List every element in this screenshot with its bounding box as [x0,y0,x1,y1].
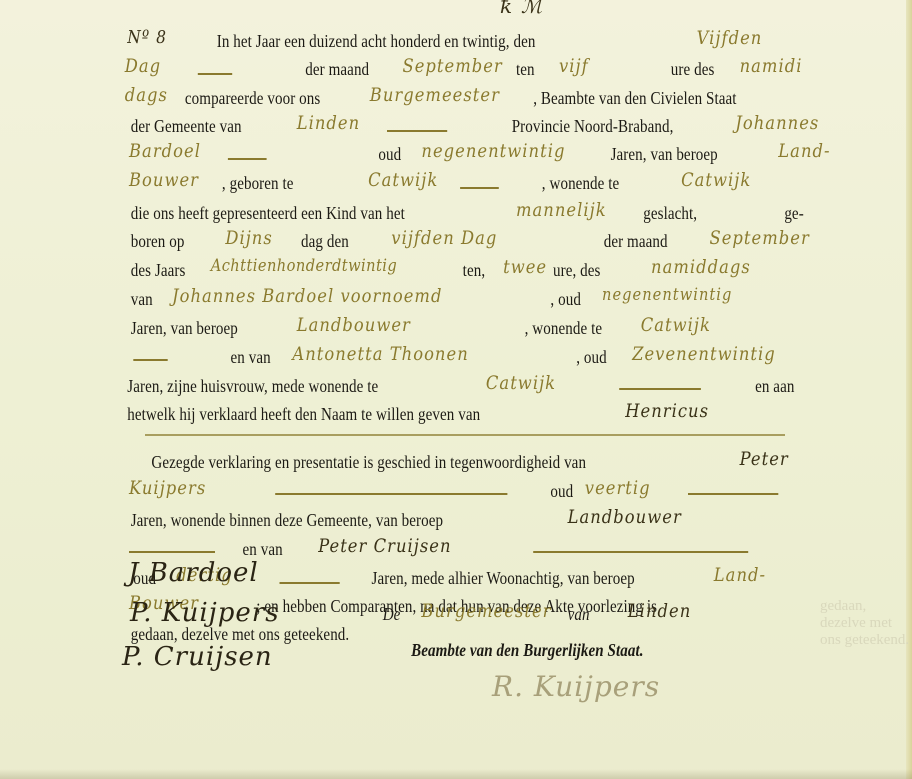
fill-dash [619,388,701,390]
printed-text: Jaren, zijne huisvrouw, mede wonende te [127,376,378,397]
handwritten-month: September [402,55,502,77]
fill-dash [129,551,215,553]
printed-text: Jaren, wonende binnen deze Gemeente, van… [131,510,443,531]
fill-dash [387,130,447,132]
printed-text: dag den [301,231,349,252]
record-line-4: der Gemeente van Linden Provincie Noord-… [0,112,912,142]
handwritten-residence: Catwijk [641,314,711,336]
printed-text: ten [516,59,535,80]
handwritten-father-firstname: Johannes [735,112,819,134]
record-line-6: Bouwer , geboren te Catwijk , wonende te… [0,169,912,199]
printed-text: De [383,604,401,625]
record-line-15: Gezegde verklaring en presentatie is ges… [0,448,912,478]
fill-dash [280,582,340,584]
official-title: Beambte van den Burgerlijken Staat. [411,640,644,661]
fill-dash [688,493,778,495]
handwritten-father-surname: Bardoel [129,140,201,162]
handwritten-sex: mannelijk [516,199,607,221]
handwritten-text: Dag [125,55,161,77]
printed-text: die ons heeft gepresenteerd een Kind van… [131,203,405,224]
printed-text: , oud [550,289,581,310]
handwritten-hour: vijf [559,55,589,77]
record-line-1: Nº 8 In het Jaar een duizend acht honder… [0,27,912,57]
printed-text: en van [243,539,283,560]
handwritten-witness2-occupation: Land- [714,564,766,586]
handwritten-witness1-surname: Kuijpers [129,477,206,499]
handwritten-witness1-firstname: Peter [740,448,789,470]
printed-text: compareerde voor ons [185,88,320,109]
fill-dash [198,73,232,75]
printed-text: ten, [463,260,485,281]
record-line-10: van Johannes Bardoel voornoemd , oud neg… [0,285,912,315]
handwritten-witness1-age: veertig [585,477,651,499]
printed-text: Gezegde verklaring en presentatie is ges… [151,452,586,473]
handwritten-municipality: Linden [628,600,691,622]
printed-text: ure des [671,59,715,80]
fill-dash [145,434,785,436]
fill-dash [133,359,167,361]
handwritten-witness2-name: Peter Cruijsen [318,535,451,557]
printed-text: Jaren, mede alhier Woonachtig, van beroe… [372,568,635,589]
handwritten-title: Burgemeester [421,600,551,622]
printed-text: , oud [576,347,607,368]
printed-text: , geboren te [222,173,294,194]
handwritten-residence: Catwijk [486,372,556,394]
handwritten-birth-month: September [710,227,810,249]
handwritten-age: negenentwintig [421,140,565,162]
fill-dash [275,493,507,495]
printed-text: en van [230,347,270,368]
handwritten-birthplace: Catwijk [368,169,438,191]
printed-text: In het Jaar een duizend acht honderd en … [217,31,536,52]
printed-text: Jaren, van beroep [611,144,718,165]
signature-official: R. Kuijpers [492,670,660,703]
record-line-7: die ons heeft gepresenteerd een Kind van… [0,199,912,229]
handwritten-occupation: Landbouwer [297,314,411,336]
handwritten-father-name: Johannes Bardoel voornoemd [172,285,442,307]
fill-dash [460,187,499,189]
handwritten-occupation: Bouwer [129,169,199,191]
handwritten-age: negenentwintig [602,285,732,305]
handwritten-birth-year: Achttienhonderdtwintig [211,256,397,276]
printed-text: , wonende te [525,318,603,339]
printed-text: des Jaars [131,260,186,281]
record-line-8: boren op Dijns dag den vijfden Dag der m… [0,227,912,257]
top-remnant-ink: ꝁ ℳ [500,0,543,18]
handwritten-text: namiddags [651,256,751,278]
handwritten-text: namidi [740,55,803,77]
record-line-13: Jaren, zijne huisvrouw, mede wonende te … [0,372,912,402]
printed-text: ure, des [553,260,601,281]
printed-text: , wonende te [542,173,620,194]
handwritten-residence: Catwijk [681,169,751,191]
handwritten-day: Vijfden [697,27,763,49]
record-line-2: Dag der maand September ten vijf ure des… [0,55,912,85]
printed-text: van [568,604,590,625]
printed-text: der Gemeente van [131,116,242,137]
printed-text: van [131,289,153,310]
handwritten-child-name: Henricus [625,400,709,422]
printed-text: , Beambte van den Civielen Staat [533,88,736,109]
record-number: Nº 8 [127,27,167,48]
handwritten-weekday: Dijns [225,227,272,249]
handwritten-witness1-occupation: Landbouwer [568,506,682,528]
printed-text: Provincie Noord-Braband, [512,116,674,137]
record-line-14: hetwelk hij verklaard heeft den Naam te … [0,400,912,430]
handwritten-mother-name: Antonetta Thoonen [292,343,468,365]
printed-text: oud [378,144,401,165]
official-title-line: Beambte van den Burgerlijken Staat. [0,636,912,666]
signature-bardoel: J Bardoel [128,558,259,588]
fill-dash [533,551,748,553]
handwritten-birth-hour: twee [503,256,547,278]
printed-text: oud [550,481,573,502]
record-line-9: des Jaars Achttienhonderdtwintig ten, tw… [0,256,912,286]
record-line-3: dags compareerde voor ons Burgemeester ,… [0,84,912,114]
printed-text: boren op [131,231,185,252]
record-line-5: Bardoel oud negenentwintig Jaren, van be… [0,140,912,170]
handwritten-text: dags [125,84,168,106]
handwritten-birth-day: vijfden Dag [391,227,497,249]
fill-dash [228,158,267,160]
record-line-11: Jaren, van beroep Landbouwer , wonende t… [0,314,912,344]
record-line-16: Kuijpers oud veertig [0,477,912,507]
printed-text: hetwelk hij verklaard heeft den Naam te … [127,404,480,425]
printed-text: ge- [784,203,803,224]
official-line: De Burgemeester van Linden [0,600,912,630]
handwritten-municipality: Linden [297,112,360,134]
page-bottom-edge [0,769,912,779]
printed-text: en aan [755,376,794,397]
record-line-12: en van Antonetta Thoonen , oud Zevenentw… [0,343,912,373]
printed-text: der maand [305,59,369,80]
printed-text: der maand [604,231,668,252]
handwritten-occupation: Land- [778,140,830,162]
handwritten-mother-age: Zevenentwintig [632,343,776,365]
printed-text: Jaren, van beroep [131,318,238,339]
handwritten-title: Burgemeester [370,84,500,106]
record-line-17: Jaren, wonende binnen deze Gemeente, van… [0,506,912,536]
printed-text: geslacht, [643,203,697,224]
